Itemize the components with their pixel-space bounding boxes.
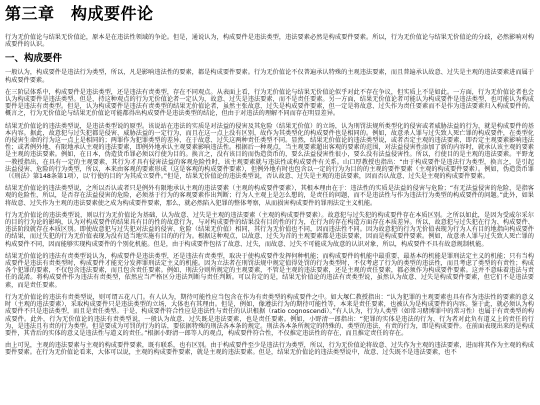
body-paragraph-8: 由上可见，主观的违法要素与主观的构成要件要素，既有联系，也有区别。由于构成要件至… xyxy=(5,342,534,356)
body-paragraph-4: 结果无价值论的违法类型说，之所以否认或者只是例外有限地承认主观的违法要素（主观的… xyxy=(5,185,534,207)
body-paragraph-5: 行为无价值论的违法类型说，则以行为无价值论为基础，认为故意、过失是主观的违法要素… xyxy=(5,212,534,248)
body-paragraph-7: 行为无价值论的违法有责类型说，则可谓五花八门。有人认为，期待可能性应当包含在作为… xyxy=(5,294,534,337)
section-heading: 一、构成要件 xyxy=(5,53,534,65)
body-paragraph-2: 在三阶层体系中，构成要件是违法类型，还是违法有责类型，存在不同观点。从表面上看，… xyxy=(5,89,534,118)
chapter-title: 第三章 构成要件论 xyxy=(5,4,534,23)
body-paragraph-1: 一般认为，构成要件是违法行为类型，所以，凡是影响违法性的要素，都是构成要件要素。… xyxy=(5,69,534,83)
body-paragraph-3: 结果无价值论的违法类型说，是违法类型说的原型。该说站在违法的实质是对法益的侵害及… xyxy=(5,123,534,181)
document-page: 第三章 构成要件论 行为无价值论与结果无价值论，原本是在违法性领域的争论。但是，… xyxy=(0,0,540,405)
body-paragraph-6: 结果无价值论的违法有责类型说认为，构成要件是违法类型，还是违法有责类型，取决于使… xyxy=(5,253,534,289)
intro-paragraph: 行为无价值论与结果无价值论，原本是在违法性领域的争论。但是，通说认为，构成要件是… xyxy=(5,34,534,48)
